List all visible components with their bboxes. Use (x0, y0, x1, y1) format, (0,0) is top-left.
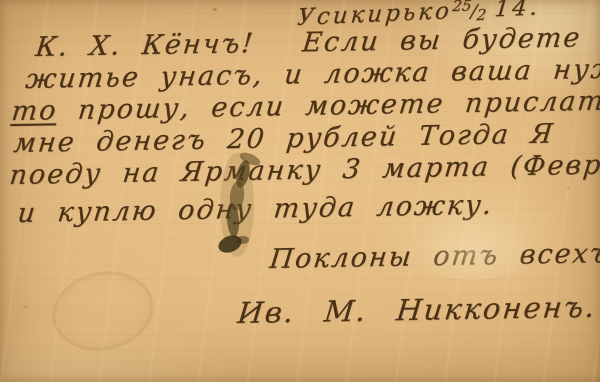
postmark-ghost (45, 262, 161, 360)
paper-speck (567, 186, 570, 189)
handwritten-line-7: и куплю одну туда ложку. (16, 190, 495, 229)
signature-line: Ив. М. Никконенъ. (236, 290, 598, 330)
ink-blot-bottom (216, 232, 244, 256)
date-day: 25 (452, 0, 473, 15)
closing-text: Поклоны отъ всехъ (268, 238, 600, 275)
ink-blot-splash (237, 236, 249, 244)
paper-speck (213, 8, 217, 11)
date-year: 14. (493, 0, 541, 22)
closing-line: Поклоны отъ всехъ (268, 238, 600, 275)
signature-text: Ив. М. Никконенъ. (236, 290, 598, 330)
line7-text: и куплю одну туда ложку. (16, 190, 495, 229)
salutation: К. Х. Кёнчъ! (34, 28, 256, 63)
date-month: 2 (476, 6, 487, 25)
line2-text: Если вы будете (301, 22, 583, 58)
paper-speck (23, 305, 28, 309)
underlined-word: то (10, 95, 59, 127)
postcard: Усикирько25/214. К. Х. Кёнчъ!Если вы буд… (0, 0, 600, 382)
